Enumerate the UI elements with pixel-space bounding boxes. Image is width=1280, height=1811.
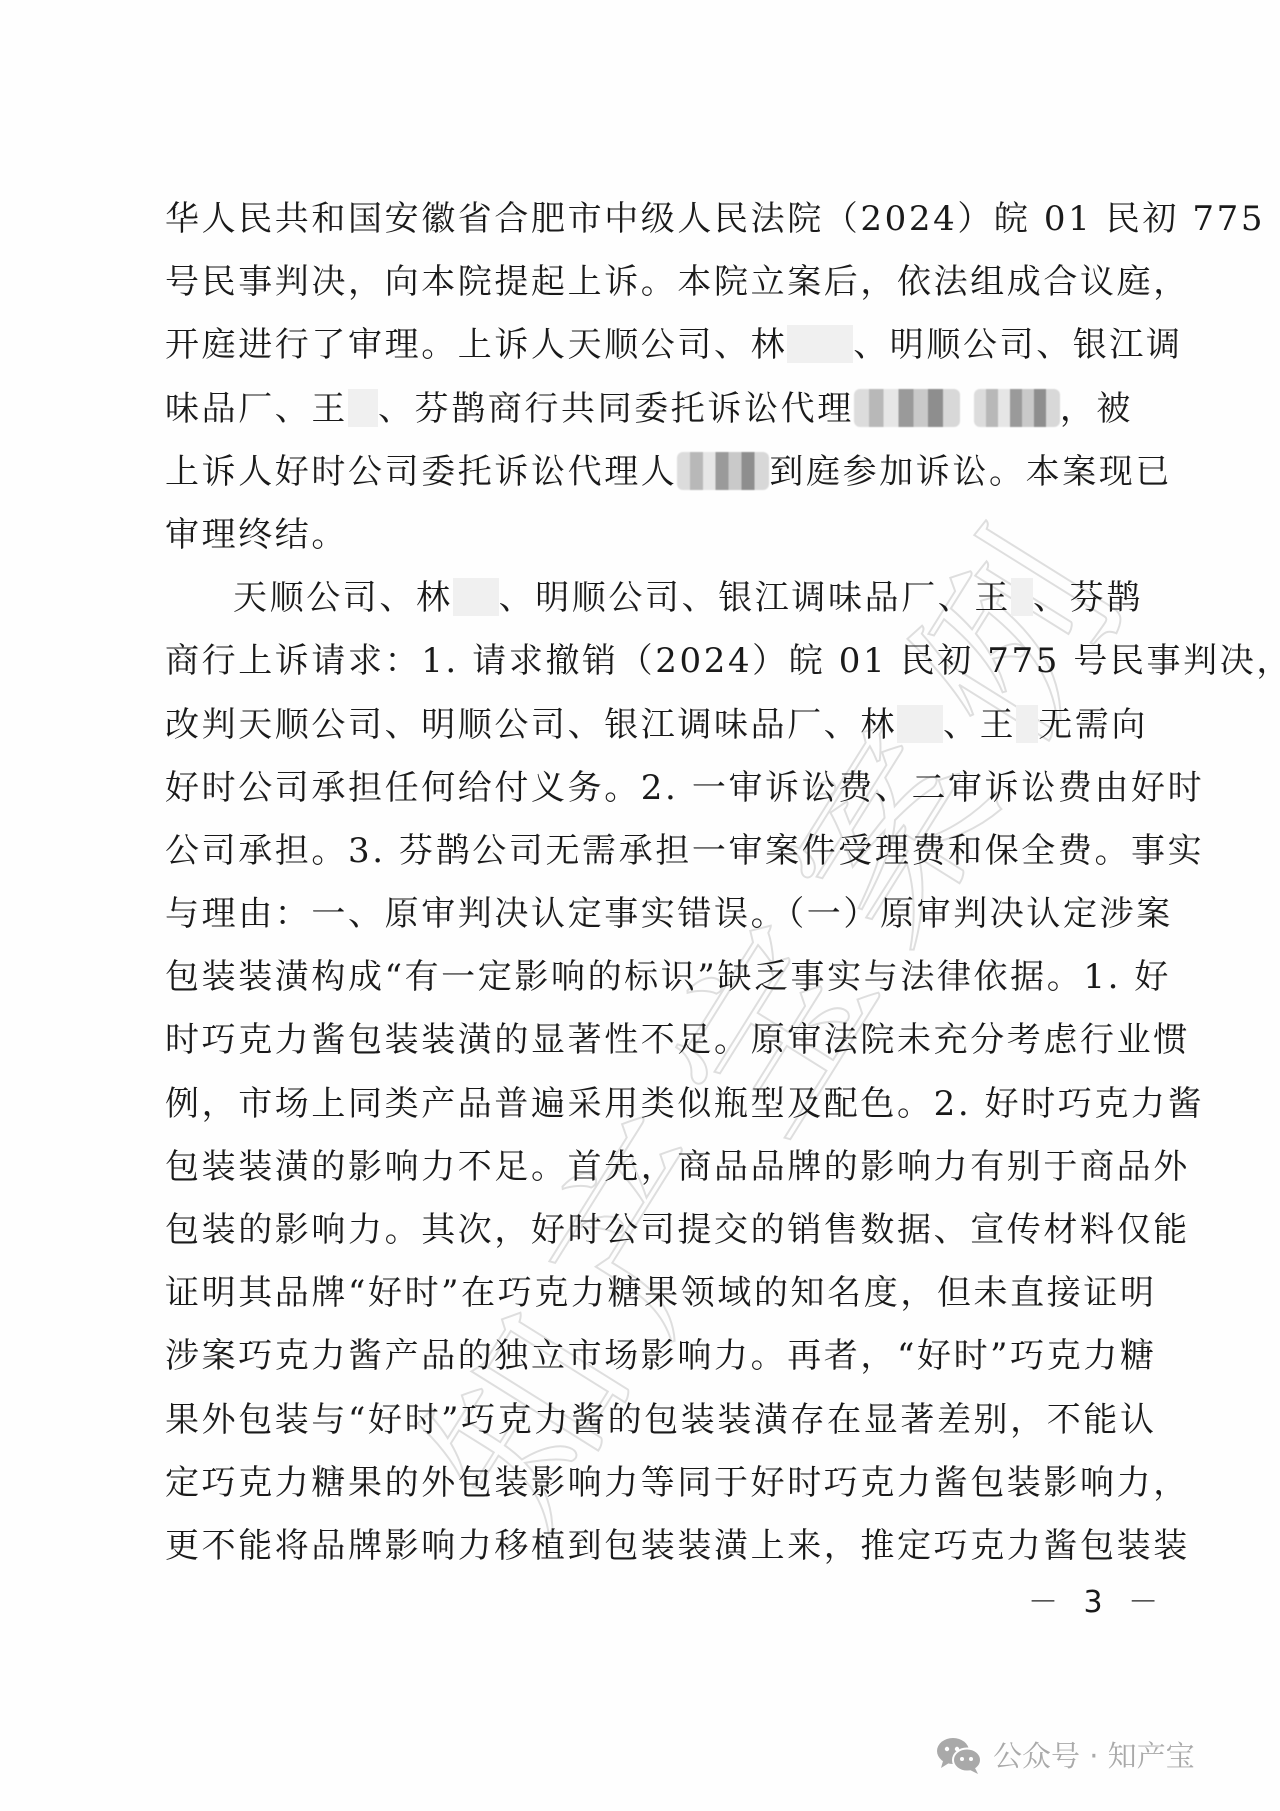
text-line: 更不能将品牌影响力移植到包装装潢上来，推定巧克力酱包装装 bbox=[165, 1515, 1115, 1578]
text-line: 时巧克力酱包装装潢的显著性不足。原审法院未充分考虑行业惯 bbox=[165, 1009, 1115, 1072]
text-line: 定巧克力糖果的外包装影响力等同于好时巧克力酱包装影响力， bbox=[165, 1452, 1115, 1515]
text-line: 上诉人好时公司委托诉讼代理人到庭参加诉讼。本案现已 bbox=[165, 441, 1115, 504]
text-line: 天顺公司、林、明顺公司、银江调味品厂、王、芬鹊 bbox=[165, 567, 1115, 630]
redacted-agent-name bbox=[677, 452, 769, 490]
text-line: 号民事判决，向本院提起上诉。本院立案后，依法组成合议庭， bbox=[165, 251, 1115, 314]
document-page: 知产宝案例 华人民共和国安徽省合肥市中级人民法院（2024）皖 01 民初 77… bbox=[0, 0, 1280, 1811]
text-line: 商行上诉请求：1. 请求撤销（2024）皖 01 民初 775 号民事判决， bbox=[165, 630, 1115, 693]
redacted-agent-name bbox=[974, 389, 1060, 427]
text-line: 改判天顺公司、明顺公司、银江调味品厂、林、王无需向 bbox=[165, 694, 1115, 757]
redacted-name bbox=[453, 578, 499, 616]
text-line: 味品厂、王、芬鹊商行共同委托诉讼代理，被 bbox=[165, 378, 1115, 441]
redacted-name bbox=[1016, 705, 1038, 743]
text-line: 包装的影响力。其次，好时公司提交的销售数据、宣传材料仅能 bbox=[165, 1199, 1115, 1262]
text-line: 例，市场上同类产品普遍采用类似瓶型及配色。2. 好时巧克力酱 bbox=[165, 1073, 1115, 1136]
text-line: 包装装潢构成“有一定影响的标识”缺乏事实与法律依据。1. 好 bbox=[165, 946, 1115, 1009]
brand-text: 公众号 · 知产宝 bbox=[993, 1734, 1195, 1775]
text-line: 开庭进行了审理。上诉人天顺公司、林、明顺公司、银江调 bbox=[165, 314, 1115, 377]
wechat-icon bbox=[935, 1735, 983, 1775]
document-body: 华人民共和国安徽省合肥市中级人民法院（2024）皖 01 民初 775 号民事判… bbox=[165, 188, 1115, 1578]
page-number: － 3 － bbox=[1028, 1577, 1166, 1621]
redacted-name bbox=[348, 389, 378, 427]
text-line: 涉案巧克力酱产品的独立市场影响力。再者，“好时”巧克力糖 bbox=[165, 1325, 1115, 1388]
wechat-account-badge[interactable]: 公众号 · 知产宝 bbox=[935, 1734, 1195, 1775]
text-line: 公司承担。3. 芬鹊公司无需承担一审案件受理费和保全费。事实 bbox=[165, 820, 1115, 883]
text-line: 果外包装与“好时”巧克力酱的包装装潢存在显著差别，不能认 bbox=[165, 1389, 1115, 1452]
redacted-name bbox=[897, 705, 943, 743]
text-line: 华人民共和国安徽省合肥市中级人民法院（2024）皖 01 民初 775 bbox=[165, 188, 1115, 251]
text-line: 审理终结。 bbox=[165, 504, 1115, 567]
redacted-agent-name bbox=[854, 389, 960, 427]
text-line: 包装装潢的影响力不足。首先，商品品牌的影响力有别于商品外 bbox=[165, 1136, 1115, 1199]
text-line: 好时公司承担任何给付义务。2. 一审诉讼费、二审诉讼费由好时 bbox=[165, 757, 1115, 820]
text-line: 与理由：一、原审判决认定事实错误。（一）原审判决认定涉案 bbox=[165, 883, 1115, 946]
redacted-name bbox=[1011, 578, 1033, 616]
text-line: 证明其品牌“好时”在巧克力糖果领域的知名度，但未直接证明 bbox=[165, 1262, 1115, 1325]
redacted-name bbox=[787, 325, 853, 363]
